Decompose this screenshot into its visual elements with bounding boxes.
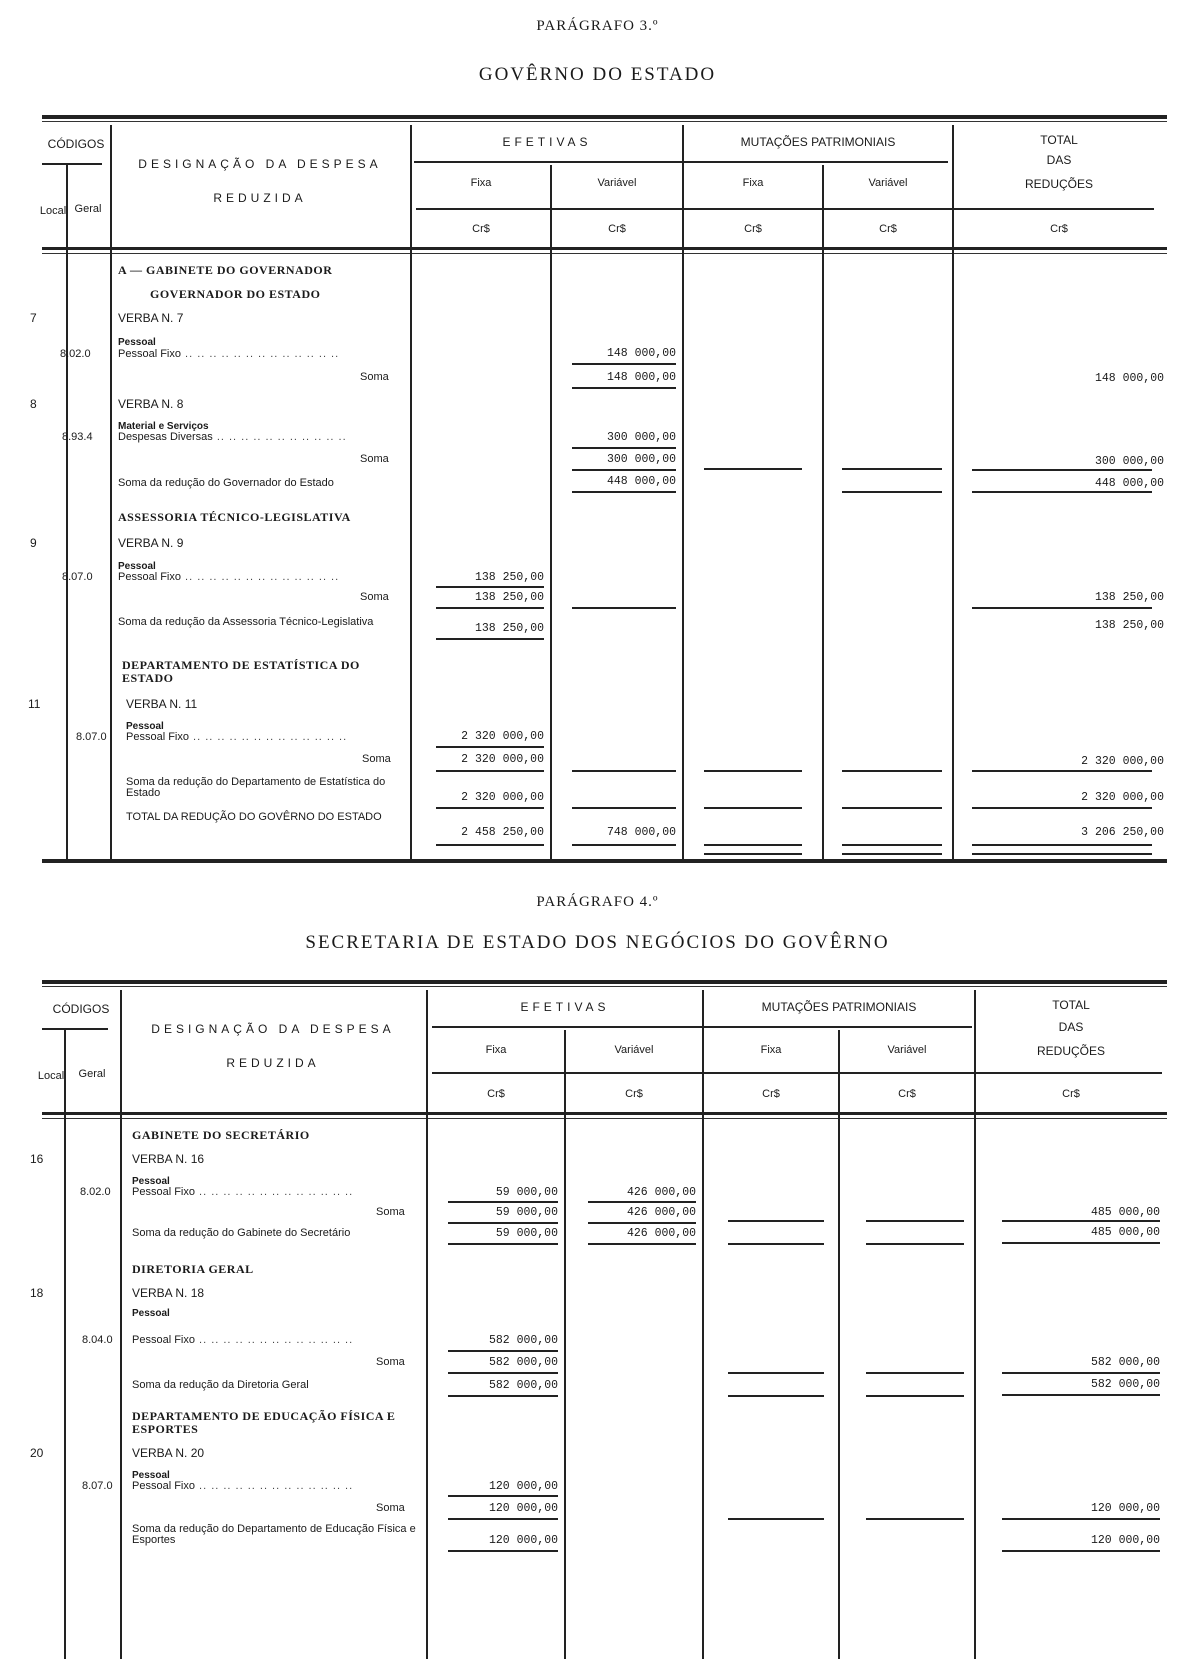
value-total: 582 000,00 (976, 1356, 1160, 1369)
value-total: 485 000,00 (976, 1226, 1160, 1239)
value-ef-fixa: 59 000,00 (430, 1227, 558, 1240)
paragraph-label: PARÁGRAFO 4.º (0, 894, 1195, 911)
value-total: 120 000,00 (976, 1534, 1160, 1547)
value-ef-var: 300 000,00 (552, 453, 676, 466)
currency-label: Cr$ (412, 223, 550, 235)
section-heading: GOVERNADOR DO ESTADO (150, 287, 320, 302)
value-ef-var: 426 000,00 (568, 1206, 696, 1219)
header-das: DAS (954, 153, 1164, 167)
header-mutacoes: MUTAÇÕES PATRIMONIAIS (704, 1000, 974, 1014)
header-reducoes: REDUÇÕES (954, 177, 1164, 191)
value-ef-fixa: 120 000,00 (430, 1534, 558, 1547)
verba-label: VERBA N. 18 (132, 1286, 204, 1300)
header-total: TOTAL (954, 133, 1164, 147)
subtotal-label: Soma da redução do Gabinete do Secretári… (132, 1227, 350, 1239)
category-label: Pessoal (118, 337, 156, 348)
subtotal-label: Soma da redução do Departamento de Educa… (132, 1524, 422, 1546)
header-mutacoes-variavel: Variável (824, 177, 952, 189)
header-reduzida: REDUZIDA (110, 191, 410, 205)
header-efetivas-variavel: Variável (552, 177, 682, 189)
header-total: TOTAL (976, 998, 1166, 1012)
header-efetivas-fixa: Fixa (428, 1044, 564, 1056)
subtotal-label: Soma da redução da Assessoria Técnico-Le… (118, 616, 373, 628)
value-ef-fixa: 138 250,00 (414, 591, 544, 604)
header-designacao: DESIGNAÇÃO DA DESPESA (110, 157, 410, 171)
header-local: Local (36, 1070, 66, 1082)
currency-label: Cr$ (704, 1088, 838, 1100)
code-geral: 8.04.0 (82, 1334, 113, 1346)
section-heading: A — GABINETE DO GOVERNADOR (118, 263, 332, 278)
item-label: Pessoal Fixo .. .. .. .. .. .. .. .. .. … (132, 1480, 353, 1492)
item-label: Pessoal Fixo .. .. .. .. .. .. .. .. .. … (118, 348, 339, 360)
verba-label: VERBA N. 20 (132, 1446, 204, 1460)
section-heading: DEPARTAMENTO DE ESTATÍSTICA DO ESTADO (122, 659, 402, 685)
soma-label: Soma (376, 1206, 405, 1218)
section-heading: GABINETE DO SECRETÁRIO (132, 1128, 310, 1143)
value-ef-fixa: 582 000,00 (430, 1379, 558, 1392)
section-heading: ASSESSORIA TÉCNICO-LEGISLATIVA (118, 510, 351, 525)
currency-label: Cr$ (824, 223, 952, 235)
header-mutacoes-fixa: Fixa (704, 1044, 838, 1056)
value-ef-fixa: 59 000,00 (430, 1206, 558, 1219)
verba-label: VERBA N. 8 (118, 397, 183, 411)
currency-label: Cr$ (954, 223, 1164, 235)
header-efetivas-variavel: Variável (566, 1044, 702, 1056)
code-local: 11 (28, 697, 40, 711)
header-geral: Geral (72, 1068, 112, 1080)
soma-label: Soma (376, 1502, 405, 1514)
budget-table-governo: CÓDIGOS Local Geral DESIGNAÇÃO DA DESPES… (42, 115, 1167, 867)
header-efetivas: EFETIVAS (412, 135, 682, 149)
code-local: 16 (30, 1152, 43, 1166)
header-local: Local (38, 205, 68, 217)
value-ef-var: 448 000,00 (552, 475, 676, 488)
paragraph-label: PARÁGRAFO 3.º (0, 18, 1195, 35)
header-reducoes: REDUÇÕES (976, 1044, 1166, 1058)
value-ef-var: 148 000,00 (552, 347, 676, 360)
grand-total-label: TOTAL DA REDUÇÃO DO GOVÊRNO DO ESTADO (126, 812, 406, 823)
subtotal-label: Soma da redução do Departamento de Estat… (126, 777, 406, 799)
subtotal-label: Soma da redução do Governador do Estado (118, 477, 334, 489)
code-local: 9 (30, 536, 37, 550)
value-total: 148 000,00 (954, 372, 1164, 385)
header-codigos: CÓDIGOS (42, 137, 110, 151)
value-ef-var: 748 000,00 (552, 826, 676, 839)
header-mutacoes-variavel: Variável (840, 1044, 974, 1056)
value-ef-fixa: 2 320 000,00 (414, 791, 544, 804)
section-title: GOVÊRNO DO ESTADO (0, 64, 1195, 86)
currency-label: Cr$ (684, 223, 822, 235)
soma-label: Soma (362, 753, 391, 765)
code-geral: 8.07.0 (76, 731, 107, 743)
value-ef-fixa: 138 250,00 (414, 622, 544, 635)
value-ef-fixa: 120 000,00 (430, 1480, 558, 1493)
item-label: Pessoal Fixo .. .. .. .. .. .. .. .. .. … (132, 1186, 353, 1198)
currency-label: Cr$ (552, 223, 682, 235)
value-ef-fixa: 120 000,00 (430, 1502, 558, 1515)
header-designacao: DESIGNAÇÃO DA DESPESA (120, 1022, 426, 1036)
value-total: 300 000,00 (954, 455, 1164, 468)
value-ef-var: 300 000,00 (552, 431, 676, 444)
verba-label: VERBA N. 9 (118, 536, 183, 550)
soma-label: Soma (376, 1356, 405, 1368)
value-total: 448 000,00 (954, 477, 1164, 490)
value-ef-fixa: 2 320 000,00 (414, 730, 544, 743)
item-label: Pessoal Fixo .. .. .. .. .. .. .. .. .. … (126, 731, 347, 743)
code-geral: 8.02.0 (80, 1186, 111, 1198)
value-ef-fixa: 2 320 000,00 (414, 753, 544, 766)
header-mutacoes: MUTAÇÕES PATRIMONIAIS (684, 135, 952, 149)
code-geral: 8.07.0 (62, 571, 93, 583)
value-ef-var: 148 000,00 (552, 371, 676, 384)
header-geral: Geral (68, 203, 108, 215)
item-label: Pessoal Fixo .. .. .. .. .. .. .. .. .. … (132, 1334, 353, 1346)
verba-label: VERBA N. 16 (132, 1152, 204, 1166)
value-total: 3 206 250,00 (954, 826, 1164, 839)
value-total: 138 250,00 (954, 591, 1164, 604)
header-das: DAS (976, 1020, 1166, 1034)
section-heading: DEPARTAMENTO DE EDUCAÇÃO FÍSICA E ESPORT… (132, 1410, 422, 1436)
soma-label: Soma (360, 591, 389, 603)
code-geral: 8.02.0 (60, 348, 91, 360)
currency-label: Cr$ (566, 1088, 702, 1100)
header-efetivas: EFETIVAS (428, 1000, 702, 1014)
value-ef-fixa: 138 250,00 (414, 571, 544, 584)
value-total: 485 000,00 (976, 1206, 1160, 1219)
subtotal-label: Soma da redução da Diretoria Geral (132, 1379, 309, 1391)
value-ef-var: 426 000,00 (568, 1227, 696, 1240)
value-ef-var: 426 000,00 (568, 1186, 696, 1199)
header-efetivas-fixa: Fixa (412, 177, 550, 189)
verba-label: VERBA N. 7 (118, 311, 183, 325)
value-ef-fixa: 582 000,00 (430, 1356, 558, 1369)
section-heading: DIRETORIA GERAL (132, 1262, 254, 1277)
currency-label: Cr$ (428, 1088, 564, 1100)
code-geral: 8.93.4 (62, 431, 93, 443)
budget-table-secretaria: CÓDIGOS Local Geral DESIGNAÇÃO DA DESPES… (42, 980, 1167, 1659)
value-ef-fixa: 59 000,00 (430, 1186, 558, 1199)
header-codigos: CÓDIGOS (42, 1002, 120, 1016)
item-label: Despesas Diversas .. .. .. .. .. .. .. .… (118, 431, 347, 443)
soma-label: Soma (360, 371, 389, 383)
code-local: 7 (30, 311, 37, 325)
code-local: 8 (30, 397, 37, 411)
verba-label: VERBA N. 11 (126, 697, 197, 711)
soma-label: Soma (360, 453, 389, 465)
value-total: 2 320 000,00 (954, 755, 1164, 768)
code-local: 18 (30, 1286, 43, 1300)
value-ef-fixa: 582 000,00 (430, 1334, 558, 1347)
value-total: 138 250,00 (954, 619, 1164, 632)
code-geral: 8.07.0 (82, 1480, 113, 1492)
value-total: 582 000,00 (976, 1378, 1160, 1391)
section-title: SECRETARIA DE ESTADO DOS NEGÓCIOS DO GOV… (0, 932, 1195, 954)
value-total: 2 320 000,00 (954, 791, 1164, 804)
currency-label: Cr$ (976, 1088, 1166, 1100)
header-mutacoes-fixa: Fixa (684, 177, 822, 189)
header-reduzida: REDUZIDA (120, 1056, 426, 1070)
value-total: 120 000,00 (976, 1502, 1160, 1515)
currency-label: Cr$ (840, 1088, 974, 1100)
item-label: Pessoal Fixo .. .. .. .. .. .. .. .. .. … (118, 571, 339, 583)
value-ef-fixa: 2 458 250,00 (414, 826, 544, 839)
code-local: 20 (30, 1446, 43, 1460)
category-label: Pessoal (132, 1308, 170, 1319)
